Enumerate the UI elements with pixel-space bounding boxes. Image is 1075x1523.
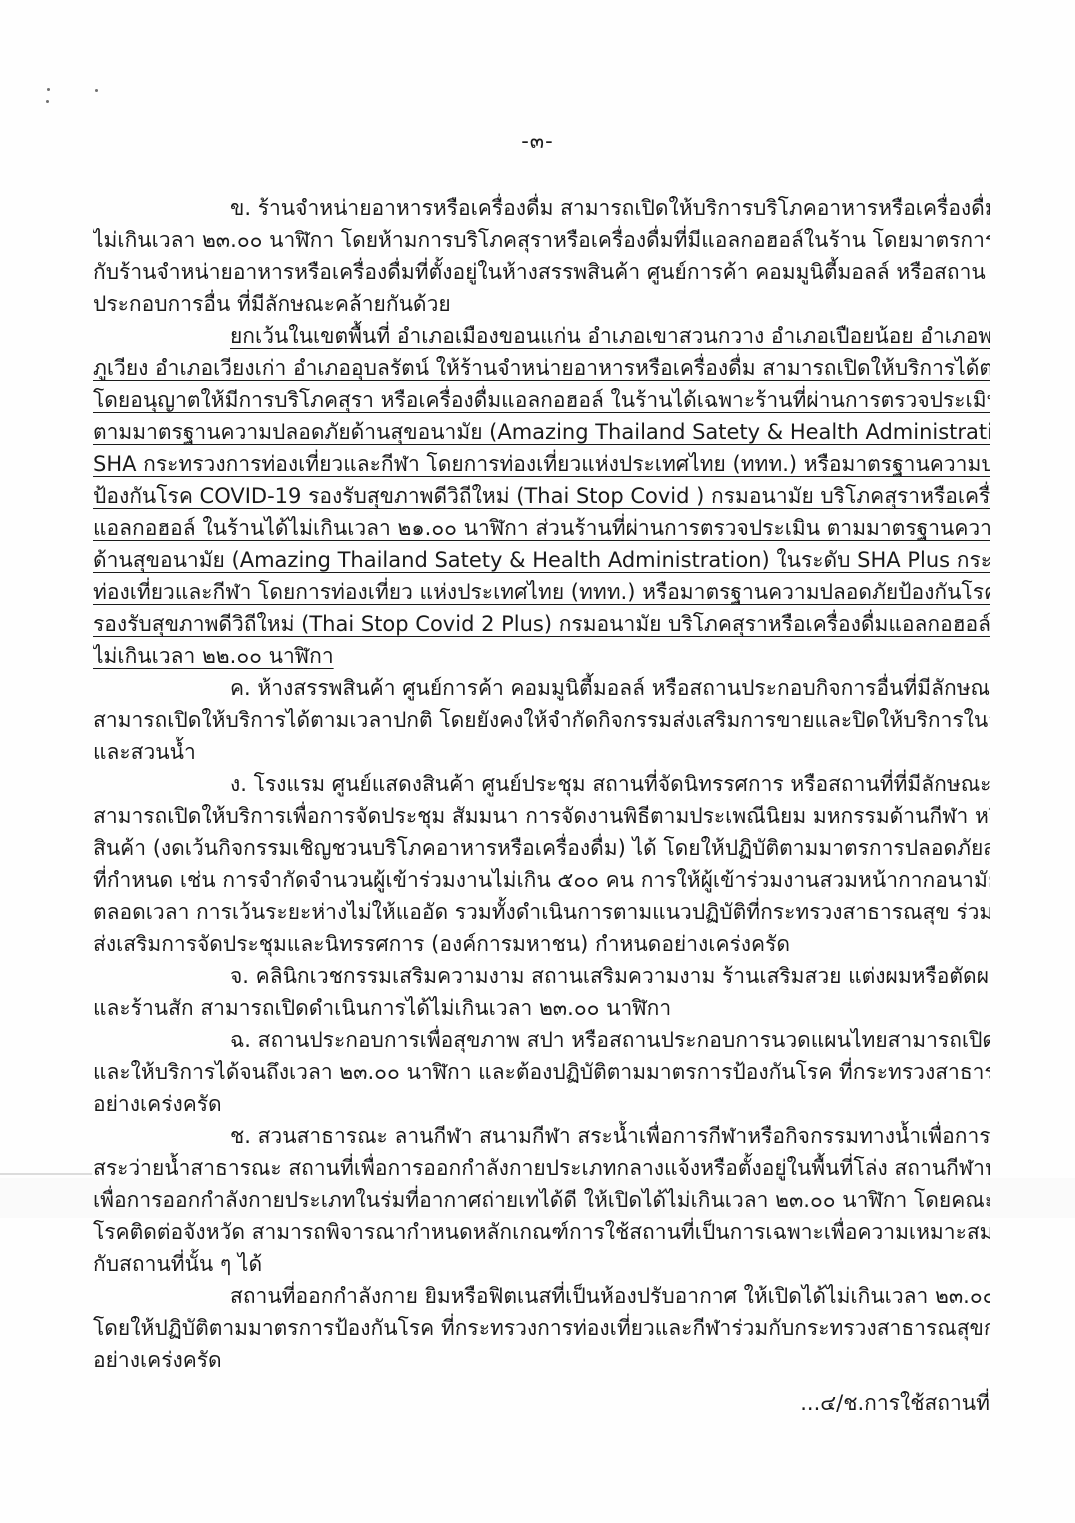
- scan-speck: [47, 88, 50, 91]
- text-line: ข. ร้านจำหน่ายอาหารหรือเครื่องดื่ม สามาร…: [93, 192, 990, 224]
- text-line: และให้บริการได้จนถึงเวลา ๒๓.๐๐ นาฬิกา แล…: [93, 1056, 990, 1088]
- text-line: ประกอบการอื่น ที่มีลักษณะคล้ายกันด้วย: [93, 288, 990, 320]
- text-line: สระว่ายน้ำสาธารณะ สถานที่เพื่อการออกกำลั…: [93, 1152, 990, 1184]
- text-line: โดยอนุญาตให้มีการบริโภคสุรา หรือเครื่องด…: [93, 384, 990, 416]
- text-line: ตลอดเวลา การเว้นระยะห่างไม่ให้แออัด รวมท…: [93, 896, 990, 928]
- text-line: รองรับสุขภาพดีวิถีใหม่ (Thai Stop Covid …: [93, 608, 990, 640]
- text-line: ส่งเสริมการจัดประชุมและนิทรรศการ (องค์กา…: [93, 928, 990, 960]
- page-number: -๓-: [0, 126, 1075, 156]
- text-line: ด้านสุขอนามัย (Amazing Thailand Satety &…: [93, 544, 990, 576]
- page-continuation-note: ...๔/ช.การใช้สถานที่: [800, 1388, 990, 1418]
- text-line: จ. คลินิกเวชกรรมเสริมความงาม สถานเสริมคว…: [93, 960, 990, 992]
- text-line: SHA กระทรวงการท่องเที่ยวและกีฬา โดยการท่…: [93, 448, 990, 480]
- text-line: และร้านสัก สามารถเปิดดำเนินการได้ไม่เกิน…: [93, 992, 990, 1024]
- scan-speck: [46, 100, 49, 103]
- text-line: ยกเว้นในเขตพื้นที่ อำเภอเมืองขอนแก่น อำเ…: [93, 320, 990, 352]
- text-line: ป้องกันโรค COVID-19 รองรับสุขภาพดีวิถีให…: [93, 480, 990, 512]
- text-line: แอลกอฮอล์ ในร้านได้ไม่เกินเวลา ๒๑.๐๐ นาฬ…: [93, 512, 990, 544]
- paragraph-beauty-clinics: จ. คลินิกเวชกรรมเสริมความงาม สถานเสริมคว…: [93, 960, 990, 1024]
- text-line: ตามมาตรฐานความปลอดภัยด้านสุขอนามัย (Amaz…: [93, 416, 990, 448]
- text-line: กับร้านจำหน่ายอาหารหรือเครื่องดื่มที่ตั้…: [93, 256, 990, 288]
- text-line: และสวนน้ำ: [93, 736, 990, 768]
- text-line: สินค้า (งดเว้นกิจกรรมเชิญชวนบริโภคอาหารห…: [93, 832, 990, 864]
- text-line: ที่กำหนด เช่น การจำกัดจำนวนผู้เข้าร่วมงา…: [93, 864, 990, 896]
- text-line: ไม่เกินเวลา ๒๒.๐๐ นาฬิกา: [93, 640, 990, 672]
- text-line: สามารถเปิดให้บริการได้ตามเวลาปกติ โดยยัง…: [93, 704, 990, 736]
- text-line: กับสถานที่นั้น ๆ ได้: [93, 1248, 990, 1280]
- text-line: อย่างเคร่งครัด: [93, 1344, 990, 1376]
- text-line: โรคติดต่อจังหวัด สามารถพิจารณากำหนดหลักเ…: [93, 1216, 990, 1248]
- document-page: -๓- ข. ร้านจำหน่ายอาหารหรือเครื่องดื่ม ส…: [0, 0, 1075, 1523]
- text-line: เพื่อการออกกำลังกายประเภทในร่มที่อากาศถ่…: [93, 1184, 990, 1216]
- paragraph-spa-massage: ฉ. สถานประกอบการเพื่อสุขภาพ สปา หรือสถาน…: [93, 1024, 990, 1120]
- paragraph-restaurants: ข. ร้านจำหน่ายอาหารหรือเครื่องดื่ม สามาร…: [93, 192, 990, 320]
- paragraph-parks-sports: ช. สวนสาธารณะ ลานกีฬา สนามกีฬา สระน้ำเพื…: [93, 1120, 990, 1280]
- text-line: ฉ. สถานประกอบการเพื่อสุขภาพ สปา หรือสถาน…: [93, 1024, 990, 1056]
- text-line: ช. สวนสาธารณะ ลานกีฬา สนามกีฬา สระน้ำเพื…: [93, 1120, 990, 1152]
- text-line: ไม่เกินเวลา ๒๓.๐๐ นาฬิกา โดยห้ามการบริโภ…: [93, 224, 990, 256]
- paragraph-malls: ค. ห้างสรรพสินค้า ศูนย์การค้า คอมมูนิตี้…: [93, 672, 990, 768]
- text-line: ค. ห้างสรรพสินค้า ศูนย์การค้า คอมมูนิตี้…: [93, 672, 990, 704]
- text-line: ง. โรงแรม ศูนย์แสดงสินค้า ศูนย์ประชุม สถ…: [93, 768, 990, 800]
- text-line: สามารถเปิดให้บริการเพื่อการจัดประชุม สัม…: [93, 800, 990, 832]
- text-line: สถานที่ออกกำลังกาย ยิมหรือฟิตเนสที่เป็นห…: [93, 1280, 990, 1312]
- scan-speck: [95, 89, 98, 92]
- text-line: ท่องเที่ยวและกีฬา โดยการท่องเที่ยว แห่งป…: [93, 576, 990, 608]
- paragraph-district-exception: ยกเว้นในเขตพื้นที่ อำเภอเมืองขอนแก่น อำเ…: [93, 320, 990, 672]
- text-line: อย่างเคร่งครัด: [93, 1088, 990, 1120]
- text-line: โดยให้ปฏิบัติตามมาตรการป้องกันโรค ที่กระ…: [93, 1312, 990, 1344]
- scan-artifact-line: [0, 1173, 92, 1175]
- paragraph-gyms-fitness: สถานที่ออกกำลังกาย ยิมหรือฟิตเนสที่เป็นห…: [93, 1280, 990, 1376]
- text-line: ภูเวียง อำเภอเวียงเก่า อำเภออุบลรัตน์ ให…: [93, 352, 990, 384]
- paragraph-hotels-venues: ง. โรงแรม ศูนย์แสดงสินค้า ศูนย์ประชุม สถ…: [93, 768, 990, 960]
- document-body: ข. ร้านจำหน่ายอาหารหรือเครื่องดื่ม สามาร…: [93, 192, 990, 1376]
